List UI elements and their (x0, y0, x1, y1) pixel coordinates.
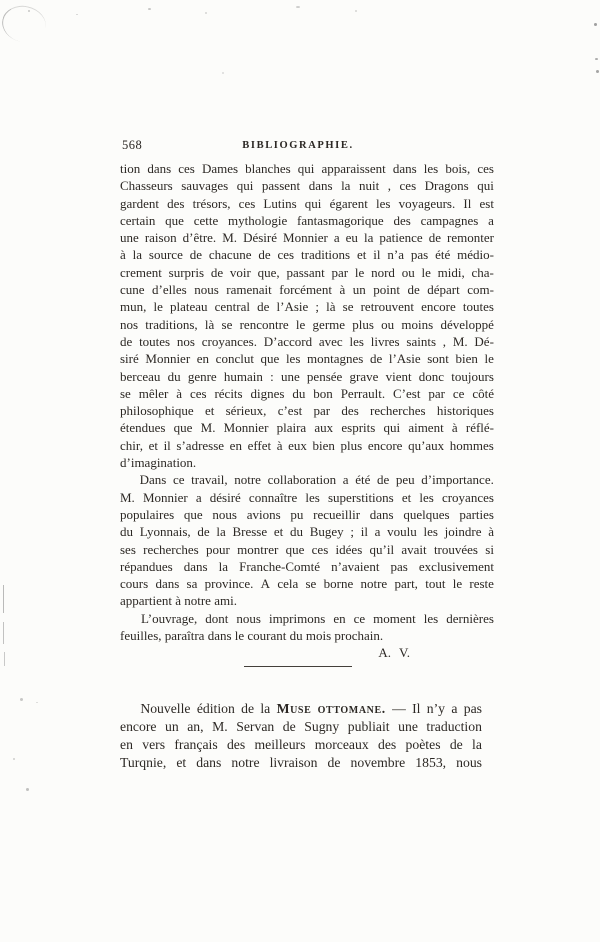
text-segment: ; (315, 298, 319, 315)
italic-text: de (241, 700, 254, 718)
text-segment: saints (406, 333, 436, 350)
text-segment: genre (188, 368, 217, 385)
text-segment: se (343, 298, 354, 315)
text-segment: le (296, 316, 305, 333)
text-segment: qui (305, 195, 322, 212)
text-segment: sa (187, 575, 198, 592)
noise-speck (594, 23, 597, 26)
text-segment: une (281, 368, 300, 385)
text-segment: des (227, 736, 245, 754)
text-segment: là (205, 316, 214, 333)
text-segment: siré (120, 350, 139, 367)
text-segment: — (392, 700, 406, 718)
text-segment: Franche-Comté (239, 558, 320, 575)
text-segment: les (376, 195, 390, 212)
text-segment: philosophique (120, 402, 194, 419)
text-segment: à (176, 385, 182, 402)
text-segment: par (314, 402, 331, 419)
text-segment: dans (155, 575, 179, 592)
text-segment: d’elles (152, 281, 187, 298)
text-segment: plus (352, 316, 374, 333)
text-segment: mêler (139, 385, 169, 402)
text-segment: des (167, 195, 184, 212)
noise-speck (148, 8, 151, 10)
text-segment: le (153, 298, 162, 315)
text-segment: les (349, 333, 363, 350)
text-segment: passant (286, 264, 324, 281)
text-segment: a (196, 489, 202, 506)
text-segment: nuit (359, 177, 379, 194)
text-segment: Il (412, 700, 420, 718)
text-segment: se (306, 575, 317, 592)
text-segment: de (407, 281, 419, 298)
text-segment: la (219, 558, 228, 575)
text-segment: superstitions (328, 489, 394, 506)
text-segment: Monnier (143, 489, 188, 506)
text-segment: réflé- (466, 419, 494, 436)
text-segment: fantasmagorique (297, 212, 384, 229)
text-segment: ce (354, 610, 366, 627)
text-segment: publiait (348, 718, 390, 736)
text-segment: d’être. (183, 229, 217, 246)
italic-text: Dames (202, 160, 238, 177)
text-segment: imprimons (269, 610, 325, 627)
text-line: philosophiqueetsérieux,c’estpardesrecher… (120, 402, 494, 419)
text-segment: notre (360, 575, 387, 592)
text-segment: passent (262, 177, 300, 194)
text-segment: pas (464, 700, 482, 718)
text-line: répanduesdanslaFranche-Comtén’avaientpas… (120, 558, 494, 575)
text-segment: d’imagination. (120, 455, 196, 470)
text-segment: crement (120, 264, 162, 281)
text-line: Chasseurssauvagesquipassentdanslanuit,ce… (120, 177, 494, 194)
scanned-book-page: 568 BIBLIOGRAPHIE. tiondanscesDamesblanc… (0, 0, 600, 942)
text-segment: que (261, 350, 280, 367)
text-segment: notre (231, 754, 259, 772)
text-segment: pas (411, 246, 428, 263)
text-segment: eu (346, 229, 358, 246)
text-line: L’ouvrage,dontnousimprimonsencemomentles… (120, 610, 494, 627)
text-segment: en (197, 350, 209, 367)
text-line: appartient à notre ami. (120, 592, 494, 609)
text-segment: n’a (387, 246, 404, 263)
text-segment: de (211, 264, 223, 281)
text-segment: des (341, 402, 358, 419)
text-segment: chir, (120, 437, 143, 454)
text-segment: montrer (237, 541, 278, 558)
text-segment: surpris (169, 264, 204, 281)
text-segment: M. (222, 229, 237, 246)
text-segment: le (485, 350, 494, 367)
text-segment: croyances. (202, 333, 257, 350)
text-segment: si (485, 541, 494, 558)
text-segment: collaboration (268, 471, 337, 488)
text-segment: il (164, 437, 171, 454)
text-segment: cours (120, 575, 148, 592)
text-segment: berceau (120, 368, 160, 385)
text-segment: le (355, 264, 364, 281)
paragraph-indent (120, 610, 133, 627)
text-segment: ces (190, 385, 207, 402)
text-line: uneraisond’être.M.DésiréMonnieraeulapati… (120, 229, 494, 246)
text-segment: n’avaient (331, 558, 379, 575)
text-segment: nous (236, 610, 261, 627)
text-segment: mythologie (228, 212, 287, 229)
text-line: àlasourcedechacunedecestraditionsetiln’a… (120, 246, 494, 263)
text-segment: nous (456, 754, 482, 772)
italic-text: la (260, 700, 270, 718)
text-segment: dans (184, 558, 208, 575)
text-segment: avait (401, 541, 426, 558)
text-segment: recueillir (313, 506, 360, 523)
text-segment: effet (248, 437, 272, 454)
text-line: feuilles, paraîtra dans le courant du mo… (120, 627, 494, 644)
text-segment: de (377, 471, 389, 488)
text-segment: de (283, 718, 296, 736)
text-line: gardentdestrésors,cesLutinsquiégarentles… (120, 195, 494, 212)
text-segment: a (488, 212, 494, 229)
text-segment: M. (453, 333, 468, 350)
noise-speck (28, 10, 30, 12)
text-segment: ce (173, 471, 185, 488)
text-segment: plaira (277, 419, 307, 436)
text-segment: des (378, 736, 396, 754)
text-segment: pu (290, 506, 303, 523)
text-segment: voulu (387, 523, 417, 540)
smallcaps-text: Muse (277, 700, 312, 718)
text-segment: de (197, 523, 209, 540)
text-segment: français (174, 736, 217, 754)
text-segment: une (120, 229, 139, 246)
text-segment: dans (370, 506, 394, 523)
text-segment: Monnier (283, 229, 328, 246)
text-segment: poètes (406, 736, 441, 754)
text-segment: certain (120, 212, 155, 229)
text-segment: notre (234, 471, 261, 488)
text-segment: trouvées (434, 541, 478, 558)
paragraph: tiondanscesDamesblanchesquiapparaissentd… (120, 160, 494, 471)
text-segment: égarent (330, 195, 368, 212)
text-segment: pensée (307, 368, 342, 385)
text-segment: ou (381, 316, 394, 333)
text-segment: apparaissent (321, 160, 385, 177)
noise-speck (596, 70, 599, 73)
author-initials: A. V. (378, 645, 410, 660)
text-segment: la (364, 229, 373, 246)
text-segment: vers (142, 736, 165, 754)
text-segment: s’adresse (176, 437, 224, 454)
text-segment: gardent (120, 195, 159, 212)
text-segment: central (215, 298, 250, 315)
signature-line: A. V. (120, 644, 494, 661)
noise-speck (13, 758, 15, 760)
text-segment: a (343, 471, 349, 488)
text-segment: un (165, 718, 179, 736)
text-line: chir,etils’adresseeneffetàeuxbienplusenc… (120, 437, 494, 454)
text-segment: encore (421, 298, 456, 315)
text-line: NouvelleéditiondelaMuseottomane.—Iln’yap… (120, 700, 482, 718)
text-segment: novembre (351, 754, 406, 772)
text-segment: encore (368, 437, 403, 454)
text-segment: humain (224, 368, 263, 385)
text-segment: médio- (457, 246, 494, 263)
text-segment: été (435, 246, 450, 263)
text-segment: , (443, 333, 446, 350)
text-segment: du (290, 523, 303, 540)
text-segment: côté (472, 385, 494, 402)
text-segment: dans (393, 160, 417, 177)
text-segment: Turqnie, (120, 754, 166, 772)
text-segment: de (370, 350, 382, 367)
text-segment: Perrault. (341, 385, 385, 402)
noise-speck (36, 702, 38, 703)
text-segment: se (222, 316, 233, 333)
text-segment: les (419, 489, 433, 506)
text-segment: en (120, 736, 133, 754)
text-segment: d’importance. (421, 471, 494, 488)
text-segment: voyageurs. (399, 195, 456, 212)
text-segment: un (353, 281, 366, 298)
text-segment: Dans (140, 471, 167, 488)
text-segment: qui (477, 177, 494, 194)
text-segment: a (375, 523, 381, 540)
text-segment: Bresse (232, 523, 267, 540)
text-segment: que (184, 506, 203, 523)
text-segment: ramenait (226, 281, 271, 298)
text-segment: de (190, 246, 202, 263)
text-segment: peu (396, 471, 415, 488)
text-segment: M. (120, 489, 135, 506)
text-segment: Monnier (224, 419, 269, 436)
text-line: duLyonnais,delaBresseetduBugey;ilavoulul… (120, 523, 494, 540)
text-segment: dans (147, 160, 171, 177)
text-segment: com- (467, 281, 494, 298)
text-line: semêleràcesrécitsdignesdubonPerrault.C’e… (120, 385, 494, 402)
text-segment: qui (237, 177, 254, 194)
text-segment: plus (341, 437, 363, 454)
text-segment: il (373, 246, 380, 263)
text-segment: que (174, 419, 193, 436)
text-segment: la (472, 736, 482, 754)
text-segment: qui (384, 419, 401, 436)
text-segment: an, (187, 718, 203, 736)
text-segment: recherches (370, 402, 426, 419)
text-segment: M. (201, 419, 216, 436)
text-line: étenduesqueM.Monnierplairaauxespritsquia… (120, 419, 494, 436)
text-segment: été (355, 471, 370, 488)
text-segment: sont (427, 350, 449, 367)
text-segment: cette (194, 212, 219, 229)
text-segment: les (286, 350, 300, 367)
text-segment: 1853, (415, 754, 446, 772)
page-header: 568 BIBLIOGRAPHIE. (120, 139, 494, 152)
text-segment: voir (230, 264, 251, 281)
text-segment: hommes (450, 437, 494, 454)
paragraph-indent (120, 471, 133, 488)
section-divider-rule (244, 666, 352, 667)
text-segment: nos (177, 333, 195, 350)
text-segment: de (257, 298, 269, 315)
text-segment: plateau (170, 298, 208, 315)
text-segment: chacune (209, 246, 252, 263)
text-line: nostraditions,làserencontrelegermeplusou… (120, 316, 494, 333)
text-segment: des (393, 212, 410, 229)
text-segment: à (452, 419, 458, 436)
text-segment: pour (206, 541, 230, 558)
text-segment: se (120, 385, 131, 402)
noise-speck (26, 788, 29, 791)
text-segment: ; (350, 523, 354, 540)
text-segment: et (149, 437, 158, 454)
italic-text: sauvages (181, 177, 228, 194)
noise-speck (296, 6, 300, 8)
text-segment: que (286, 541, 305, 558)
text-segment: dont (205, 610, 228, 627)
text-segment: conclut (216, 350, 254, 367)
text-segment: ces (178, 160, 195, 177)
text-segment: , (388, 177, 391, 194)
text-segment: de (328, 754, 341, 772)
text-segment: : (270, 368, 274, 385)
text-segment: une (398, 718, 418, 736)
text-segment: campagnes (421, 212, 479, 229)
text-segment: nos (120, 316, 138, 333)
noise-speck (595, 58, 598, 60)
article-monnier-review: tiondanscesDamesblanchesquiapparaissentd… (120, 160, 494, 644)
text-segment: toutes (463, 298, 494, 315)
text-segment: de (120, 333, 132, 350)
noise-speck (355, 10, 357, 12)
text-segment: C’est (393, 385, 420, 402)
text-segment: bon (313, 385, 333, 402)
text-segment: livres (371, 333, 400, 350)
text-segment: point (373, 281, 400, 298)
text-segment: Monnier (145, 350, 190, 367)
spine-shadow-mark (3, 622, 4, 644)
article-muse-ottomane: NouvelleéditiondelaMuseottomane.—Iln’yap… (120, 700, 482, 772)
text-segment: que (165, 212, 184, 229)
text-segment: aiment (408, 419, 443, 436)
text-segment: a (334, 229, 340, 246)
text-segment: que, (258, 264, 280, 281)
text-segment: de (258, 246, 270, 263)
text-segment: toujours (451, 368, 494, 385)
text-segment: midi, (438, 264, 465, 281)
text-segment: province. (205, 575, 254, 592)
text-line: certainquecettemythologiefantasmagorique… (120, 212, 494, 229)
text-segment: à (488, 523, 494, 540)
text-segment: exclusivement (419, 558, 494, 575)
text-segment: reste (469, 575, 494, 592)
text-segment: ces (477, 160, 494, 177)
text-segment: à (339, 281, 345, 298)
text-segment: germe (313, 316, 345, 333)
italic-text: blanches (245, 160, 290, 177)
text-line: enversfrançaisdesmeilleursmorceauxdespoè… (120, 736, 482, 754)
text-segment: A (261, 575, 270, 592)
text-segment: nous (194, 281, 219, 298)
text-segment: populaires (120, 506, 174, 523)
text-segment: ses (120, 541, 136, 558)
text-segment: et (205, 402, 214, 419)
text-segment: dans (196, 754, 221, 772)
text-segment: là (326, 298, 335, 315)
text-segment: parties (459, 506, 494, 523)
text-segment: du (120, 523, 133, 540)
text-segment: traduction (426, 718, 482, 736)
text-segment: Servan (236, 718, 274, 736)
italic-text: Dragons (425, 177, 469, 194)
text-segment: ces (312, 541, 329, 558)
text-line: detoutesnoscroyances.D’accordavecleslivr… (120, 333, 494, 350)
text-segment: toutes (139, 333, 170, 350)
paragraph-indent (120, 700, 134, 718)
text-segment: du (292, 385, 305, 402)
text-segment: le (453, 575, 462, 592)
text-segment: l’Asie (389, 350, 421, 367)
text-segment: en (333, 610, 345, 627)
text-segment: Il (463, 195, 471, 212)
spine-shadow-mark (3, 585, 4, 613)
text-segment: joindre (445, 523, 482, 540)
text-segment: rencontre (240, 316, 289, 333)
text-segment: avec (319, 333, 343, 350)
text-segment: dignes (251, 385, 285, 402)
text-segment: dans (309, 177, 333, 194)
text-segment: appartient à notre ami. (120, 593, 237, 608)
text-segment: donc (419, 368, 444, 385)
text-segment: Désiré (243, 229, 277, 246)
text-segment: tion (120, 160, 140, 177)
text-line: berceaudugenrehumain:unepenséegravevient… (120, 368, 494, 385)
text-segment: Lyonnais, (140, 523, 191, 540)
text-segment: moment (373, 610, 416, 627)
text-segment: cha- (472, 264, 494, 281)
noise-speck (20, 698, 23, 701)
text-segment: forcément (279, 281, 332, 298)
text-segment: bien (456, 350, 478, 367)
text-segment: la (341, 177, 350, 194)
text-segment: ces (239, 195, 256, 212)
text-segment: de (450, 736, 463, 754)
text-segment: Sugny (304, 718, 339, 736)
text-segment: remonter (447, 229, 494, 246)
text-segment: recherches (143, 541, 199, 558)
text-line: populairesquenousavionspurecueillirdansq… (120, 506, 494, 523)
text-segment: grave (350, 368, 379, 385)
text-line: siréMonnierenconclutquelesmontagnesdel’A… (120, 350, 494, 367)
text-segment: la (133, 246, 142, 263)
text-line: coursdanssaprovince.Acelasebornenotrepar… (120, 575, 494, 592)
noise-speck (76, 14, 78, 15)
text-segment: en (230, 437, 242, 454)
text-line: M.Monnieradésiréconnaîtrelessuperstition… (120, 489, 494, 506)
text-segment: traditions (301, 246, 350, 263)
text-segment: cela (277, 575, 298, 592)
text-segment: idées (336, 541, 363, 558)
text-segment: les (424, 160, 438, 177)
text-segment: meilleurs (255, 736, 306, 754)
italic-text: Lutins (263, 195, 296, 212)
text-segment: D’accord (264, 333, 312, 350)
text-segment: patience (379, 229, 422, 246)
text-segment: quelques (403, 506, 449, 523)
text-segment: désiré (210, 489, 241, 506)
text-line: Turqnie,etdansnotrelivraisondenovembre18… (120, 754, 482, 772)
text-segment: bois, (445, 160, 470, 177)
text-segment: nord (371, 264, 395, 281)
text-line: crementsurprisdevoirque,passantparlenord… (120, 264, 494, 281)
